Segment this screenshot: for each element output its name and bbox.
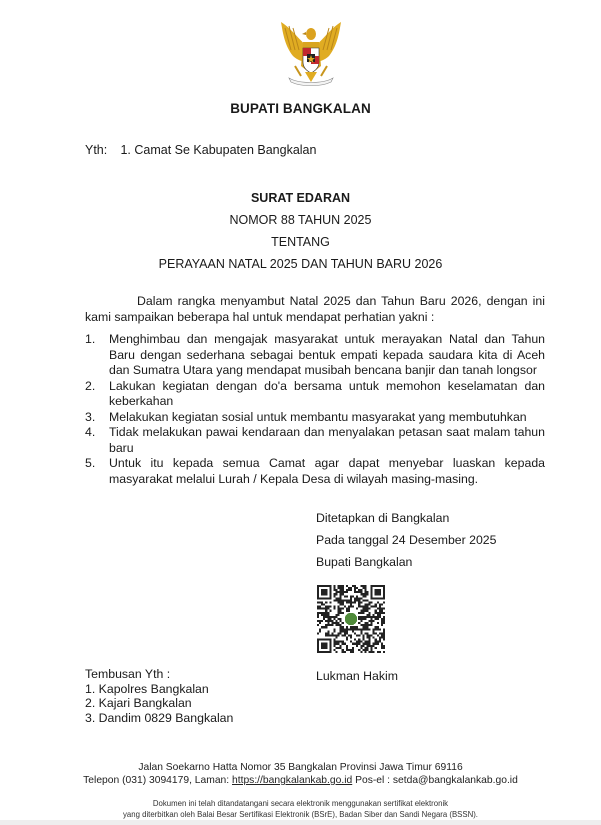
- signature-date: Pada tanggal 24 Desember 2025: [316, 533, 497, 547]
- intro-paragraph: Dalam rangka menyambut Natal 2025 dan Ta…: [85, 294, 545, 325]
- footer-contact: Telepon (031) 3094179, Laman: https://ba…: [0, 775, 601, 786]
- list-item: 2.Lakukan kegiatan dengan do'a bersama u…: [85, 379, 545, 410]
- list-item: 3.Melakukan kegiatan sosial untuk memban…: [85, 410, 545, 426]
- footer-disclaimer-line2: yang diterbitkan oleh Balai Besar Sertif…: [0, 810, 601, 819]
- list-item: 5.Untuk itu kepada semua Camat agar dapa…: [85, 456, 545, 487]
- document-body: Dalam rangka menyambut Natal 2025 dan Ta…: [85, 294, 545, 487]
- carbon-copy-section: Tembusan Yth : 1. Kapolres Bangkalan 2. …: [85, 667, 233, 725]
- about-label: TENTANG: [0, 235, 601, 249]
- recipient-text: 1. Camat Se Kabupaten Bangkalan: [120, 143, 316, 157]
- document-number: NOMOR 88 TAHUN 2025: [0, 213, 601, 227]
- document-subject: PERAYAAN NATAL 2025 DAN TAHUN BARU 2026: [0, 257, 601, 271]
- header-title: BUPATI BANGKALAN: [0, 101, 601, 116]
- qr-code-icon: [317, 585, 385, 653]
- signature-place: Ditetapkan di Bangkalan: [316, 511, 449, 525]
- cc-item: 3. Dandim 0829 Bangkalan: [85, 711, 233, 726]
- page-bottom-edge: [0, 820, 601, 825]
- list-item: 1.Menghimbau dan mengajak masyarakat unt…: [85, 332, 545, 379]
- footer-disclaimer-line1: Dokumen ini telah ditandatangani secara …: [0, 799, 601, 808]
- document-page: BUPATI BANGKALAN Yth: 1. Camat Se Kabupa…: [0, 0, 601, 820]
- list-item: 4.Tidak melakukan pawai kendaraan dan me…: [85, 425, 545, 456]
- signer-name: Lukman Hakim: [316, 669, 398, 683]
- cc-label: Tembusan Yth :: [85, 667, 233, 682]
- website-link[interactable]: https://bangkalankab.go.id: [232, 775, 352, 786]
- garuda-emblem-icon: [273, 20, 349, 90]
- signature-position: Bupati Bangkalan: [316, 555, 412, 569]
- cc-item: 2. Kajari Bangkalan: [85, 696, 233, 711]
- recipient-label: Yth:: [85, 143, 117, 157]
- instruction-list: 1.Menghimbau dan mengajak masyarakat unt…: [85, 332, 545, 487]
- cc-item: 1. Kapolres Bangkalan: [85, 682, 233, 697]
- document-type: SURAT EDARAN: [0, 191, 601, 205]
- recipient-line: Yth: 1. Camat Se Kabupaten Bangkalan: [85, 143, 316, 157]
- footer-address: Jalan Soekarno Hatta Nomor 35 Bangkalan …: [0, 762, 601, 773]
